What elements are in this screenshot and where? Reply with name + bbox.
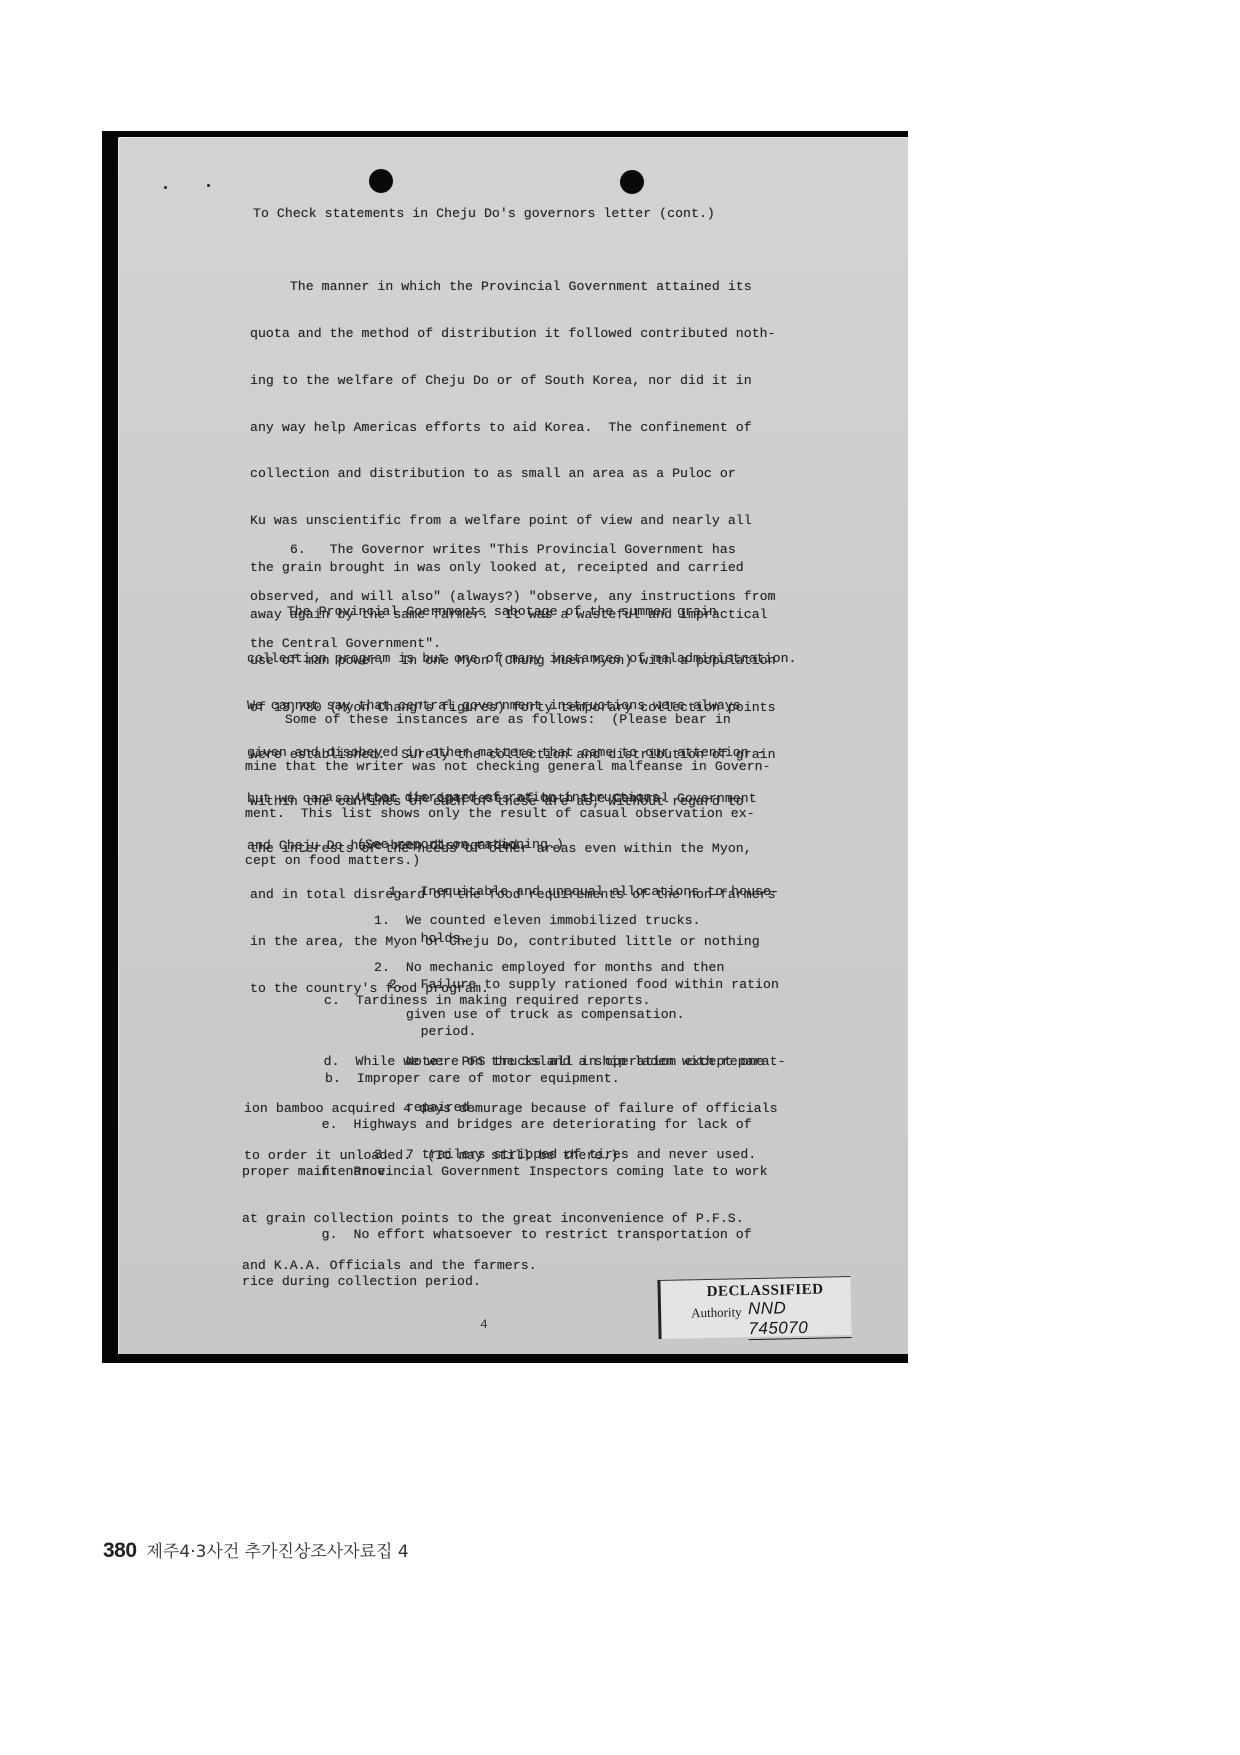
text-line: f. Provincial Government Inspectors comi… — [242, 1164, 768, 1180]
scanned-document-frame: To Check statements in Cheju Do's govern… — [102, 131, 908, 1363]
document-paper: To Check statements in Cheju Do's govern… — [118, 137, 908, 1354]
text-line: 6. The Governor writes "This Provincial … — [250, 542, 776, 558]
list-item-c: c. Tardiness in making required reports. — [324, 993, 651, 1009]
punch-hole-left — [369, 169, 393, 193]
declassified-stamp: DECLASSIFIED Authority NND 745070 — [657, 1276, 851, 1339]
text-line: any way help Americas efforts to aid Kor… — [250, 420, 776, 436]
document-header: To Check statements in Cheju Do's govern… — [253, 206, 715, 222]
text-line: The manner in which the Provincial Gover… — [250, 279, 776, 295]
text-line: e. Highways and bridges are deterioratin… — [242, 1117, 752, 1133]
text-line: d. While we were on the island a ship la… — [244, 1054, 786, 1070]
list-item: 1. We counted eleven immobilized trucks. — [374, 913, 764, 929]
list-item: (See report on rationing.) — [325, 837, 779, 853]
text-line: g. No effort whatsoever to restrict tran… — [242, 1227, 752, 1243]
list-item: given use of truck as compensation. — [374, 1007, 764, 1023]
stamp-authority-label: Authority — [691, 1304, 742, 1321]
stamp-authority-value: NND 745070 — [748, 1297, 852, 1340]
punch-hole-right — [620, 170, 644, 194]
book-page-number: 380 — [103, 1539, 137, 1563]
text-line: The Provincial Goernments sabotage of th… — [247, 604, 797, 620]
book-title: 제주4·3사건 추가진상조사자료집 4 — [147, 1537, 409, 1562]
text-line: collection and distribution to as small … — [250, 466, 776, 482]
text-line: ing to the welfare of Cheju Do or of Sou… — [250, 373, 776, 389]
speck-mark — [164, 186, 167, 189]
book-footer: 380 제주4·3사건 추가진상조사자료집 4 — [103, 1537, 409, 1567]
text-line: Some of these instances are as follows: … — [245, 712, 771, 728]
text-line: collection program is but one of many in… — [247, 651, 797, 667]
list-item: a. Utter disregard of ration instruction… — [325, 790, 779, 806]
text-line: quota and the method of distribution it … — [250, 326, 776, 342]
speck-mark — [207, 184, 210, 187]
list-item: 2. No mechanic employed for months and t… — [374, 960, 764, 976]
document-page-number: 4 — [480, 1317, 488, 1332]
